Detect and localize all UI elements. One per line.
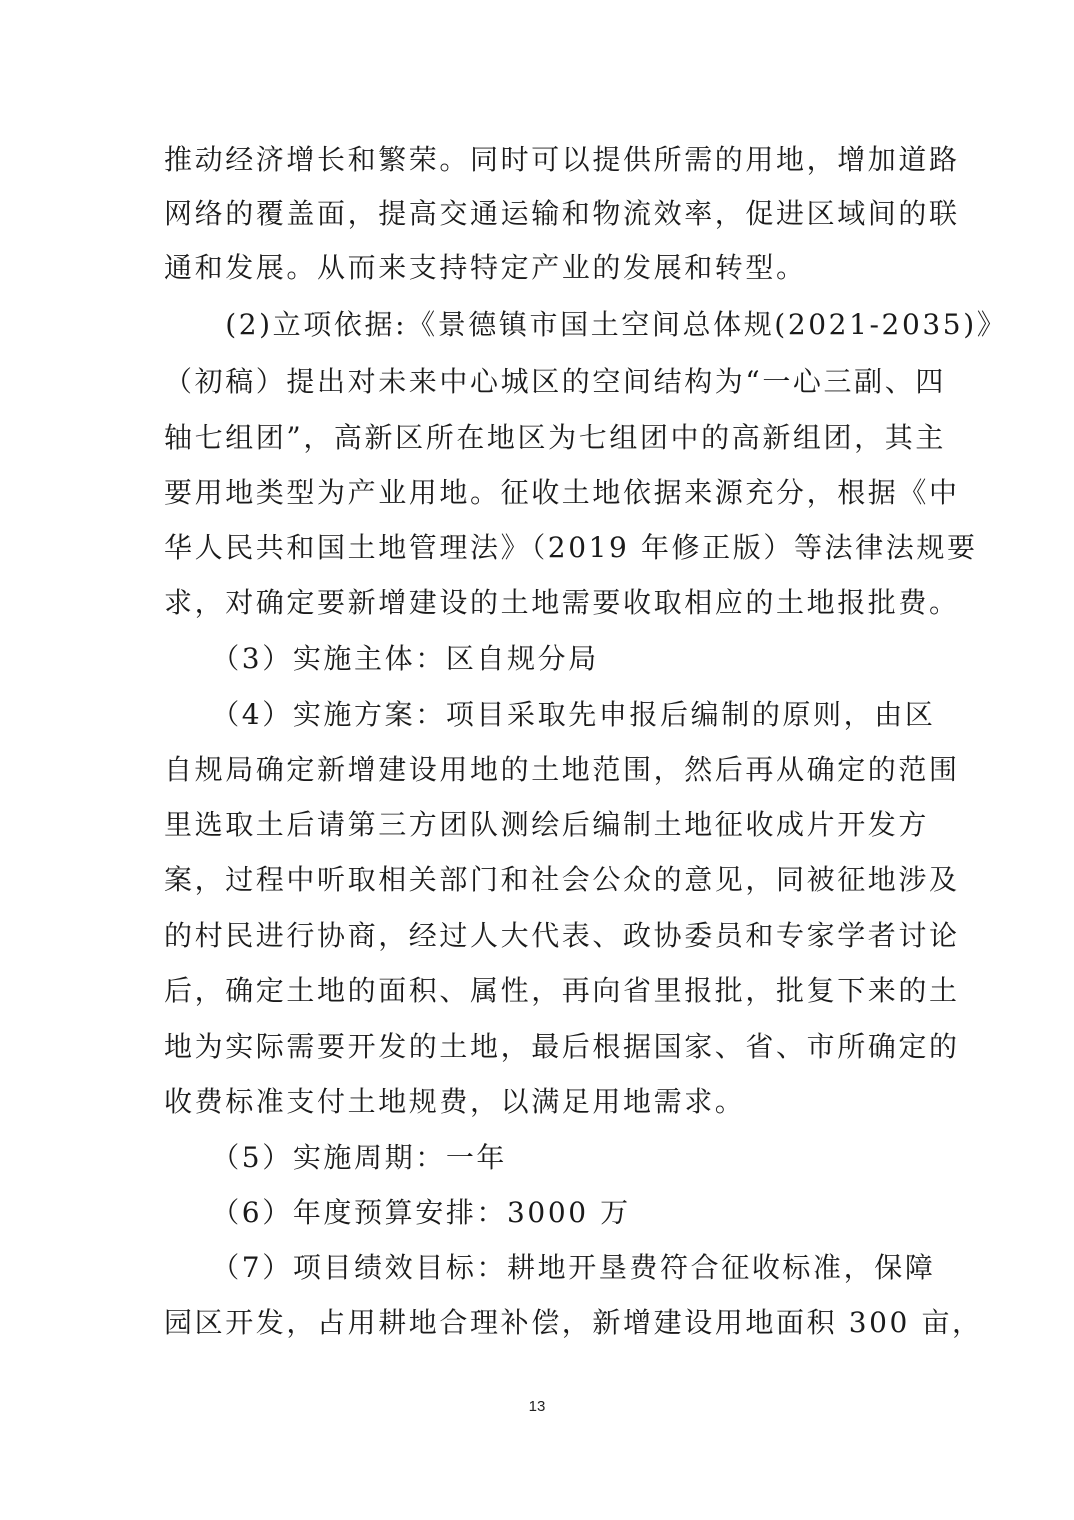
- paragraph-5: （5）实施周期：一年: [164, 1138, 507, 1178]
- text-line: 的村民进行协商，经过人大代表、政协委员和专家学者讨论: [164, 916, 960, 956]
- text-line: 轴七组团”，高新区所在地区为七组团中的高新组团，其主: [164, 418, 946, 458]
- paragraph-7-start: （7）项目绩效目标：耕地开垦费符合征收标准，保障: [164, 1248, 935, 1288]
- paragraph-2-start: (2)立项依据:《景德镇市国土空间总体规(2021-2035)》: [164, 305, 1007, 345]
- text-line: 里选取土后请第三方团队测绘后编制土地征收成片开发方: [164, 805, 929, 845]
- text-line: 网络的覆盖面，提高交通运输和物流效率，促进区域间的联: [164, 194, 960, 234]
- paragraph-3: （3）实施主体：区自规分局: [164, 639, 599, 679]
- text-line: 自规局确定新增建设用地的土地范围，然后再从确定的范围: [164, 750, 960, 790]
- text-line: 求，对确定要新增建设的土地需要收取相应的土地报批费。: [164, 583, 960, 623]
- text-line: （初稿）提出对未来中心城区的空间结构为“一心三副、四: [164, 362, 946, 402]
- text-line: 园区开发，占用耕地合理补偿，新增建设用地面积 300 亩，: [164, 1303, 983, 1343]
- page-number: 13: [0, 1398, 1074, 1415]
- text-line: 后，确定土地的面积、属性，再向省里报批，批复下来的土: [164, 971, 960, 1011]
- text-line: 华人民共和国土地管理法》（2019 年修正版）等法律法规要: [164, 528, 978, 568]
- text-line: 地为实际需要开发的土地，最后根据国家、省、市所确定的: [164, 1027, 960, 1067]
- text-line: 推动经济增长和繁荣。同时可以提供所需的用地，增加道路: [164, 140, 960, 180]
- paragraph-6: （6）年度预算安排：3000 万: [164, 1193, 631, 1233]
- text-line: 案，过程中听取相关部门和社会公众的意见，同被征地涉及: [164, 860, 960, 900]
- paragraph-4-start: （4）实施方案：项目采取先申报后编制的原则，由区: [164, 695, 935, 735]
- text-line: 收费标准支付土地规费，以满足用地需求。: [164, 1082, 745, 1122]
- text-line: 通和发展。从而来支持特定产业的发展和转型。: [164, 248, 807, 288]
- text-line: 要用地类型为产业用地。征收土地依据来源充分，根据《中: [164, 473, 960, 513]
